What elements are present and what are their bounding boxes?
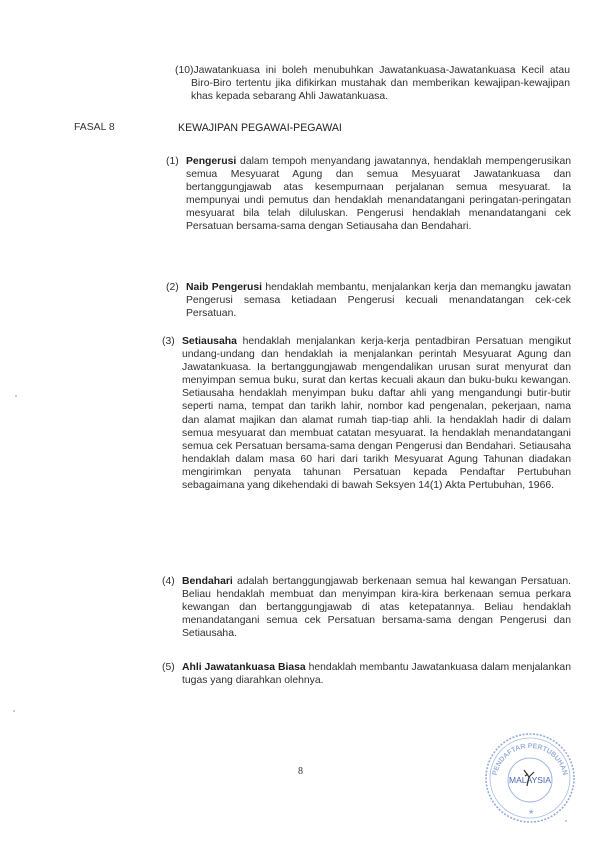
clause-10-number: (10) <box>175 65 193 76</box>
document-page: (10)Jawatankuasa ini boleh menubuhkan Ja… <box>0 0 596 842</box>
page-number: 8 <box>298 766 303 777</box>
clause-4: (4) Bendahari adalah bertanggungjawab be… <box>182 575 571 640</box>
clause-number: (5) <box>162 661 175 674</box>
clause-3: (3) Setiausaha hendaklah menjalankan ker… <box>182 335 571 492</box>
scan-speck <box>565 820 567 822</box>
scan-speck <box>13 710 15 712</box>
scan-speck <box>15 395 17 397</box>
clause-2: (2) Naib Pengerusi hendaklah membantu, m… <box>186 281 571 320</box>
svg-text:★: ★ <box>528 808 534 816</box>
clause-title: Pengerusi <box>186 156 236 167</box>
clause-title: Ahli Jawatankuasa Biasa <box>182 662 306 673</box>
section-label: FASAL 8 <box>74 122 115 133</box>
clause-number: (2) <box>166 281 179 294</box>
clause-number: (4) <box>162 575 175 588</box>
clause-5: (5) Ahli Jawatankuasa Biasa hendaklah me… <box>182 661 571 687</box>
clause-text: hendaklah menjalankan kerja-kerja pentad… <box>182 336 571 491</box>
clause-10: (10)Jawatankuasa ini boleh menubuhkan Ja… <box>175 64 570 103</box>
clause-text: dalam tempoh menyandang jawatannya, hend… <box>186 156 571 232</box>
clause-number: (3) <box>162 335 175 348</box>
clause-text: adalah bertanggungjawab berkenaan semua … <box>182 576 571 639</box>
clause-title: Setiausaha <box>182 336 237 347</box>
clause-1: (1) Pengerusi dalam tempoh menyandang ja… <box>186 155 571 234</box>
clause-title: Bendahari <box>182 576 233 587</box>
section-title: KEWAJIPAN PEGAWAI-PEGAWAI <box>178 122 342 134</box>
clause-10-text: Jawatankuasa ini boleh menubuhkan Jawata… <box>191 65 570 102</box>
clause-title: Naib Pengerusi <box>186 282 262 293</box>
clause-number: (1) <box>166 155 179 168</box>
official-stamp-icon: PENDAFTAR PERTUBUHAN MALAYSIA ★ <box>482 730 578 826</box>
